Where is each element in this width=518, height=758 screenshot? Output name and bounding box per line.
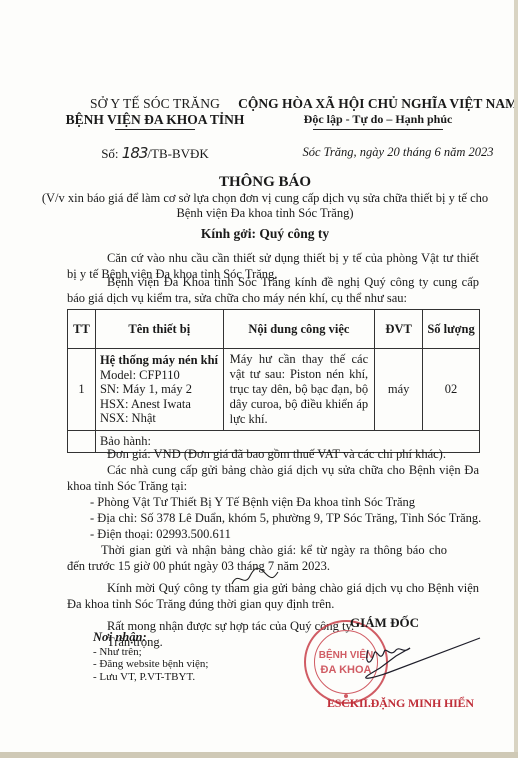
greeting: Kính gởi: Quý công ty bbox=[40, 226, 490, 242]
device-table: TT Tên thiết bị Nội dung công việc ĐVT S… bbox=[67, 309, 480, 453]
cell-unit: máy bbox=[375, 349, 423, 431]
national-header: CỘNG HÒA XÃ HỘI CHỦ NGHĨA VIỆT NAM Độc l… bbox=[238, 96, 518, 160]
header-tt: TT bbox=[68, 310, 96, 349]
cell-work: Máy hư cần thay thế các vật tư sau: Pist… bbox=[223, 349, 375, 431]
issue-date: Sóc Trăng, ngày 20 tháng 6 năm 2023 bbox=[238, 145, 518, 160]
motto-underline bbox=[313, 129, 443, 130]
device-manufacturer: HSX: Anest Iwata bbox=[100, 397, 219, 412]
header-unit: ĐVT bbox=[375, 310, 423, 349]
cell-quantity: 02 bbox=[423, 349, 480, 431]
handwritten-number: 183 bbox=[122, 144, 148, 162]
submit-department: - Phòng Vật Tư Thiết Bị Y Tế Bệnh viện Đ… bbox=[90, 494, 481, 510]
issuer-block: SỞ Y TẾ SÓC TRĂNG BỆNH VIỆN ĐA KHOA TỈNH… bbox=[60, 96, 250, 162]
device-origin: NSX: Nhật bbox=[100, 411, 219, 426]
subject-line-2: Bệnh viện Đa khoa tỉnh Sóc Trăng) bbox=[40, 206, 490, 221]
cell-device: Hệ thống máy nén khí Model: CFP110 SN: M… bbox=[95, 349, 223, 431]
agency-name: SỞ Y TẾ SÓC TRĂNG bbox=[60, 96, 250, 112]
national-motto: Độc lập - Tự do – Hạnh phúc bbox=[238, 112, 518, 127]
document-page: SỞ Y TẾ SÓC TRĂNG BỆNH VIỆN ĐA KHOA TỈNH… bbox=[0, 0, 514, 752]
table-header-row: TT Tên thiết bị Nội dung công việc ĐVT S… bbox=[68, 310, 480, 349]
hospital-name: BỆNH VIỆN ĐA KHOA TỈNH bbox=[60, 112, 250, 128]
scan-edge-bottom bbox=[0, 752, 518, 758]
initial-mark-icon bbox=[230, 566, 280, 590]
submit-details: - Phòng Vật Tư Thiết Bị Y Tế Bệnh viện Đ… bbox=[90, 494, 481, 542]
submit-address: - Địa chỉ: Số 378 Lê Duẩn, khóm 5, phườn… bbox=[90, 510, 481, 526]
device-model: Model: CFP110 bbox=[100, 368, 219, 383]
recipient-item: - Đăng website bệnh viện; bbox=[93, 658, 208, 671]
paragraph-request: Bệnh viện Đa Khoa tỉnh Sóc Trăng kính đề… bbox=[67, 274, 479, 306]
issuer-underline bbox=[115, 129, 195, 130]
header-work-content: Nội dung công việc bbox=[223, 310, 375, 349]
number-prefix: Số: bbox=[101, 146, 122, 161]
cell-tt: 1 bbox=[68, 349, 96, 431]
submit-phone: - Điện thoại: 02993.500.611 bbox=[90, 526, 481, 542]
subject-line-1: (V/v xin báo giá để làm cơ sở lựa chọn đ… bbox=[40, 191, 490, 206]
device-serial: SN: Máy 1, máy 2 bbox=[100, 382, 219, 397]
header-quantity: Số lượng bbox=[423, 310, 480, 349]
recipient-item: - Như trên; bbox=[93, 646, 208, 659]
signer-name: ESCKII.ĐẶNG MINH HIỂN bbox=[327, 696, 474, 711]
country-name: CỘNG HÒA XÃ HỘI CHỦ NGHĨA VIỆT NAM bbox=[238, 96, 518, 112]
document-number: Số: 183/TB-BVĐK bbox=[60, 144, 250, 162]
scan-edge-right bbox=[514, 0, 518, 758]
header-device-name: Tên thiết bị bbox=[95, 310, 223, 349]
signature-icon bbox=[330, 628, 500, 698]
submit-intro: Các nhà cung cấp gửi bảng chào giá dịch … bbox=[67, 462, 479, 494]
recipients-block: Nơi nhận: - Như trên; - Đăng website bện… bbox=[93, 631, 208, 683]
recipients-heading: Nơi nhận: bbox=[93, 631, 208, 644]
recipient-item: - Lưu VT, P.VT-TBYT. bbox=[93, 671, 208, 684]
device-name: Hệ thống máy nén khí bbox=[100, 353, 219, 368]
number-suffix: /TB-BVĐK bbox=[147, 146, 208, 161]
document-title: THÔNG BÁO bbox=[40, 174, 490, 191]
table-row: 1 Hệ thống máy nén khí Model: CFP110 SN:… bbox=[68, 349, 480, 431]
price-note: Đơn giá: VND (Đơn giá đã bao gồm thuế VA… bbox=[67, 446, 479, 462]
title-block: THÔNG BÁO (V/v xin báo giá để làm cơ sở … bbox=[40, 174, 490, 221]
